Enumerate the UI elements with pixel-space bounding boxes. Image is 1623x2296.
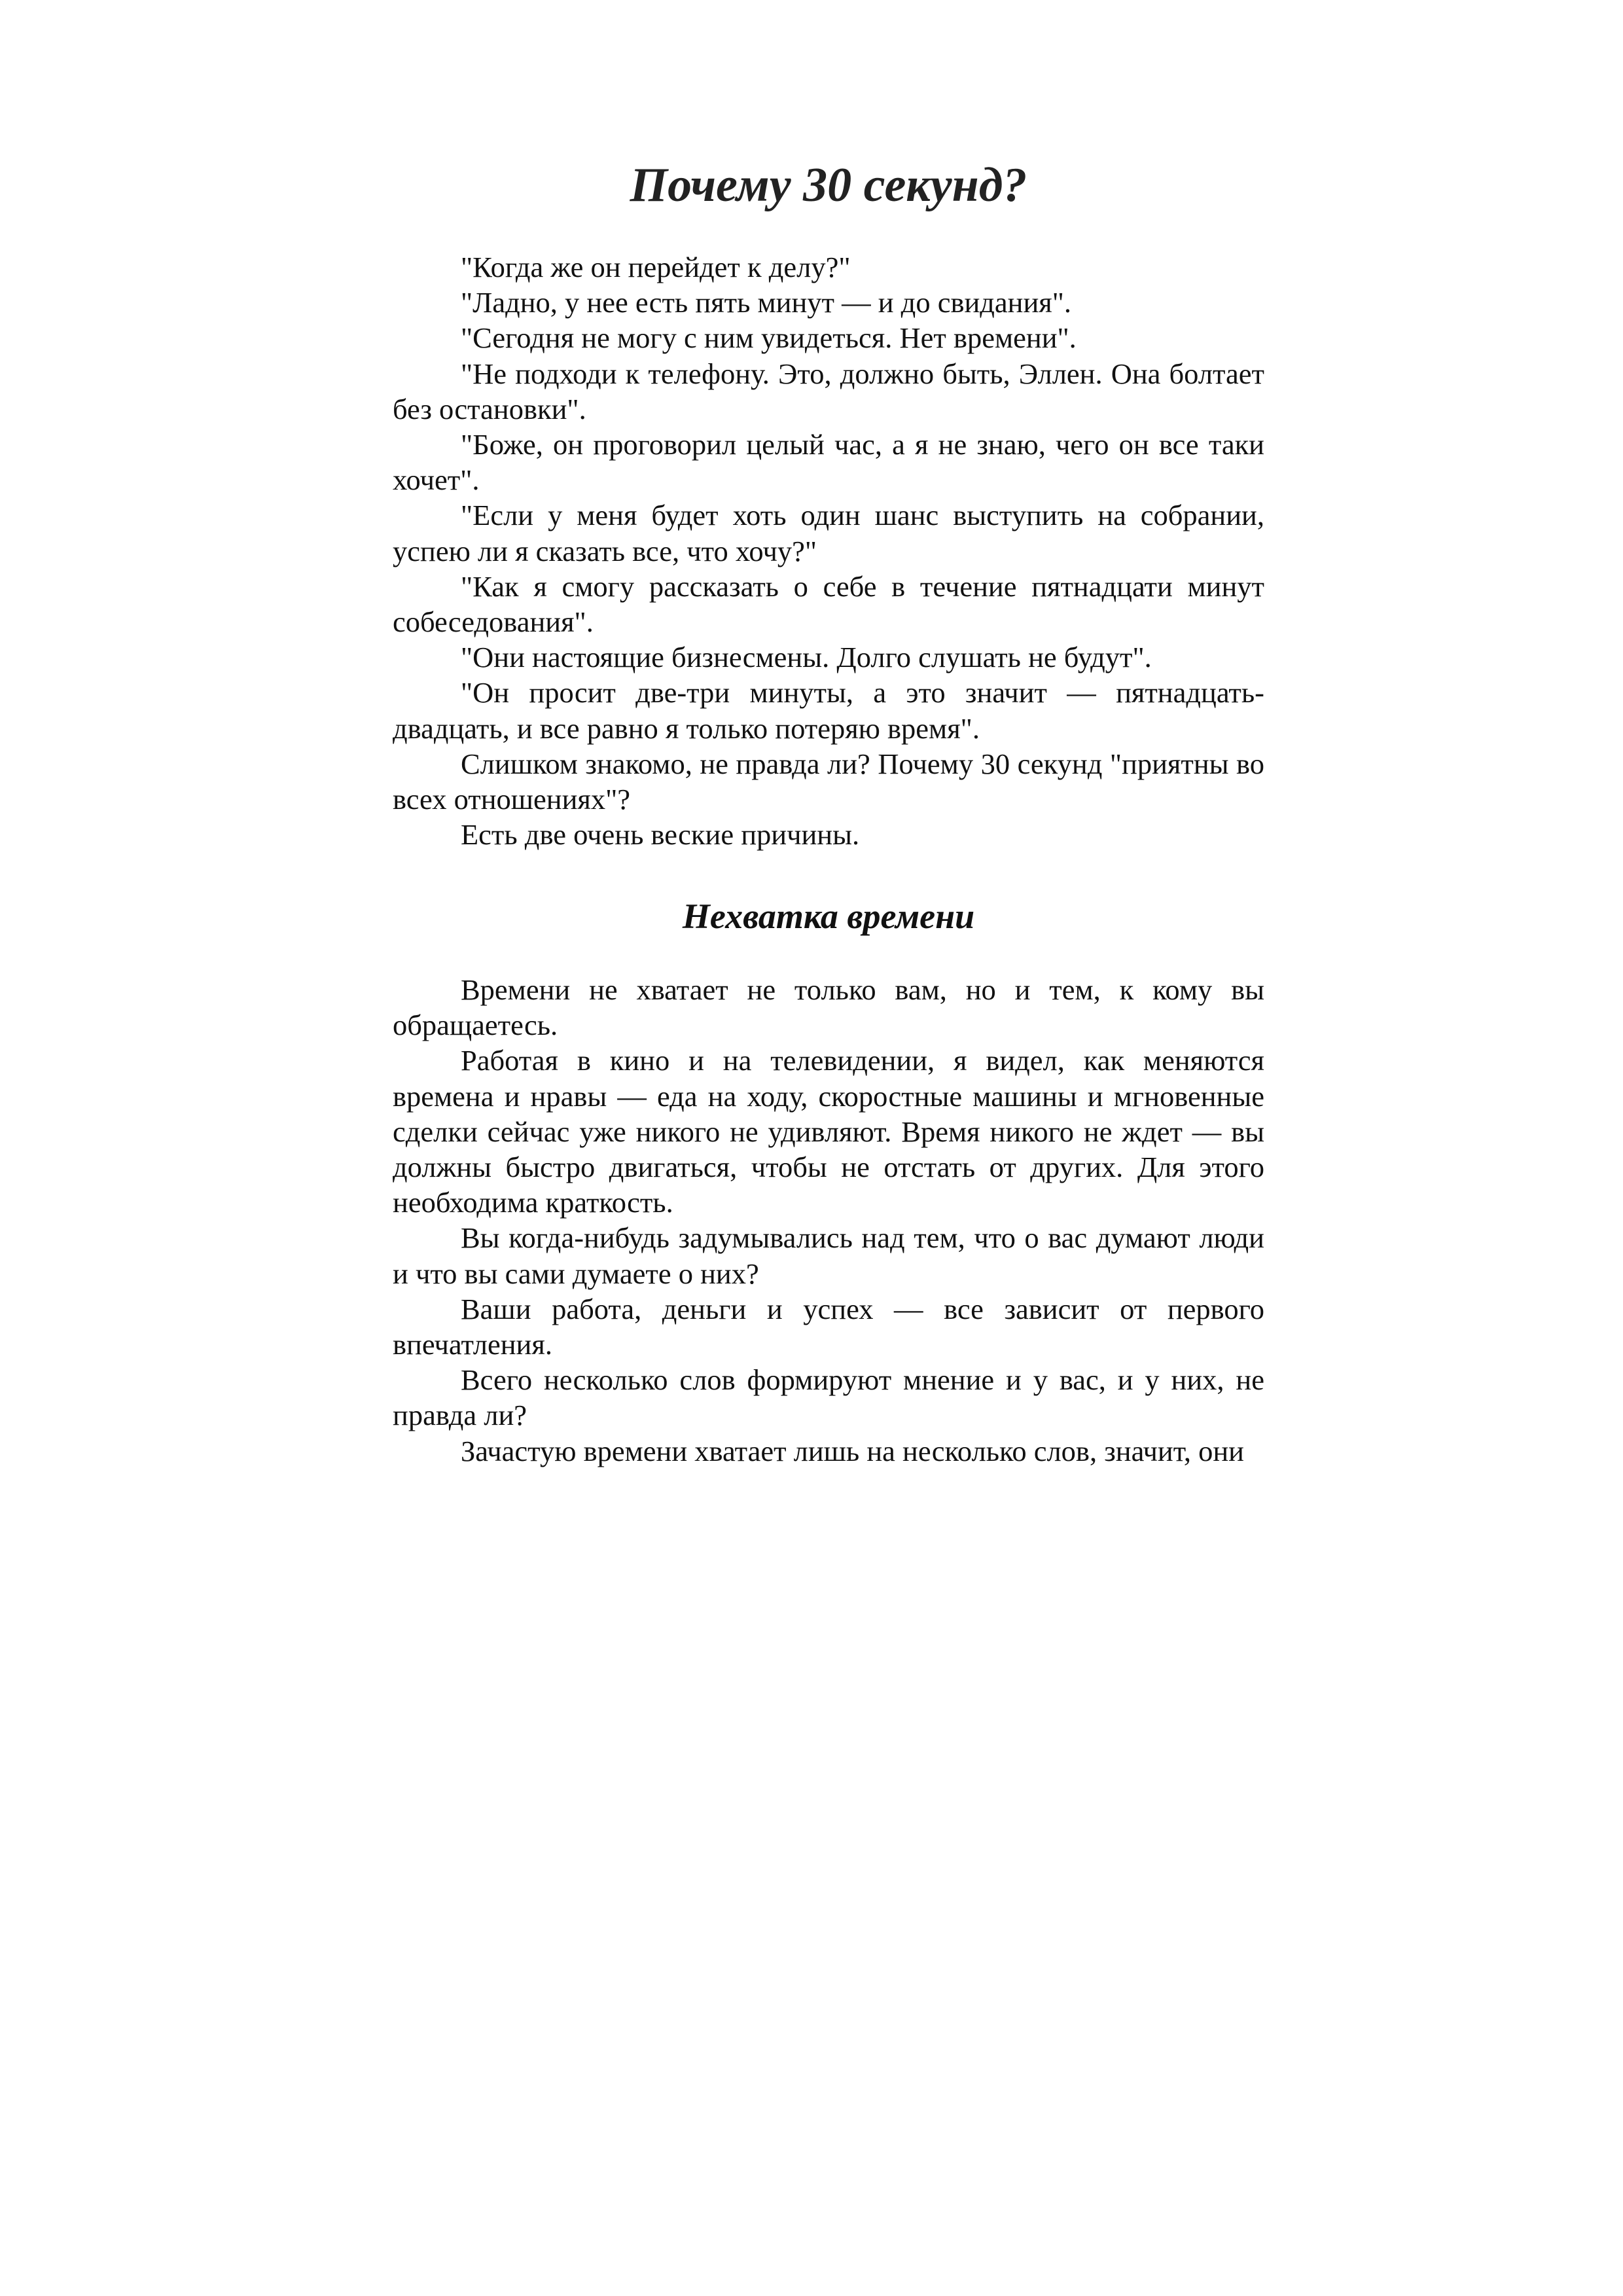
- paragraph: Слишком знакомо, не правда ли? Почему 30…: [393, 746, 1264, 817]
- paragraph: Ваши работа, деньги и успех — все зависи…: [393, 1291, 1264, 1362]
- section-time-shortage: Времени не хватает не только вам, но и т…: [393, 972, 1264, 1469]
- paragraph: Вы когда-нибудь задумывались над тем, чт…: [393, 1220, 1264, 1291]
- paragraph: "Как я смогу рассказать о себе в течение…: [393, 569, 1264, 639]
- paragraph: Всего несколько слов формируют мнение и …: [393, 1362, 1264, 1433]
- paragraph: Времени не хватает не только вам, но и т…: [393, 972, 1264, 1043]
- section-intro: "Когда же он перейдет к делу?" "Ладно, у…: [393, 249, 1264, 852]
- paragraph: "Они настоящие бизнесмены. Долго слушать…: [393, 639, 1264, 675]
- paragraph: Есть две очень веские причины.: [393, 817, 1264, 852]
- paragraph: "Если у меня будет хоть один шанс выступ…: [393, 497, 1264, 568]
- paragraph: "Он просит две-три минуты, а это значит …: [393, 675, 1264, 745]
- page-title: Почему 30 секунд?: [393, 156, 1264, 215]
- paragraph: "Не подходи к телефону. Это, должно быть…: [393, 356, 1264, 427]
- section-heading: Нехватка времени: [393, 893, 1264, 939]
- paragraph: "Сегодня не могу с ним увидеться. Нет вр…: [393, 320, 1264, 355]
- paragraph: "Боже, он проговорил целый час, а я не з…: [393, 427, 1264, 497]
- paragraph: Работая в кино и на телевидении, я видел…: [393, 1043, 1264, 1220]
- paragraph: "Когда же он перейдет к делу?": [393, 249, 1264, 285]
- paragraph: Зачастую времени хватает лишь на несколь…: [393, 1433, 1264, 1469]
- paragraph: "Ладно, у нее есть пять минут — и до сви…: [393, 285, 1264, 320]
